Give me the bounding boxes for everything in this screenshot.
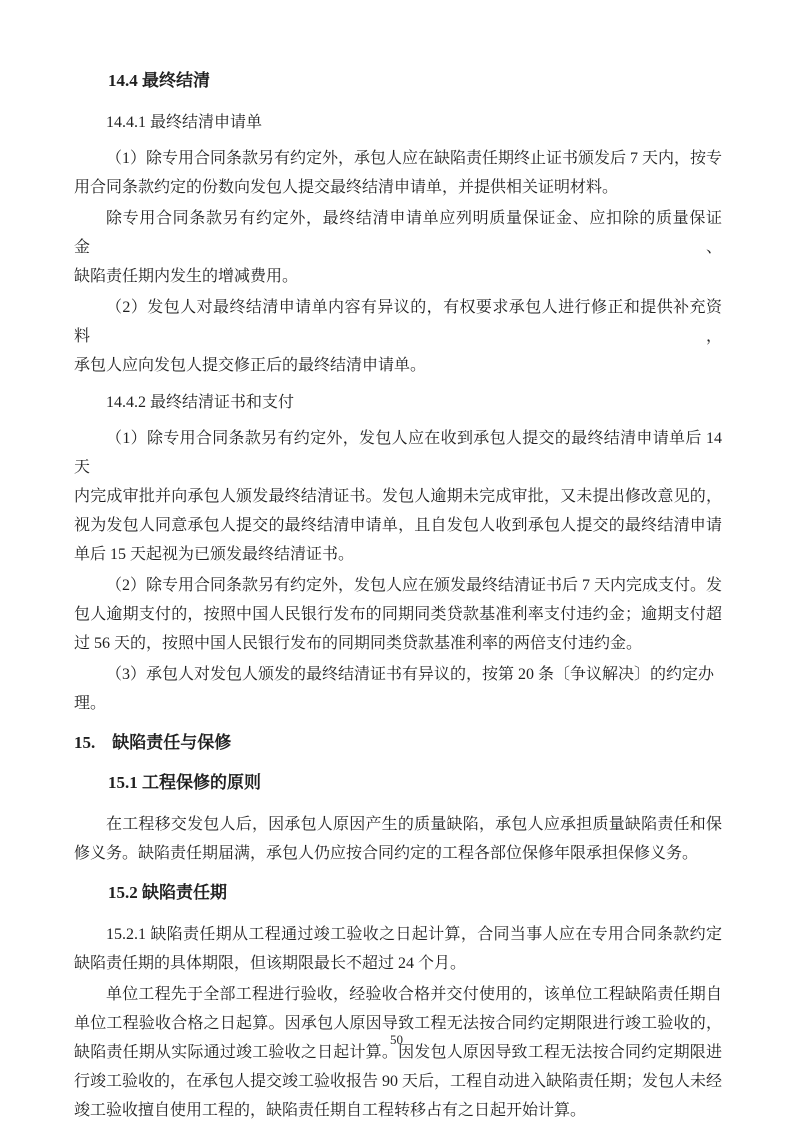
paragraph-line: 除专用合同条款另有约定外，最终结清申请单应列明质量保证金、应扣除的质量保证金、 [74,204,722,262]
paragraph-line: 包人逾期支付的，按照中国人民银行发布的同期同类贷款基准利率支付违约金；逾期支付超 [74,600,722,629]
paragraph-line: 15.2.1 缺陷责任期从工程通过竣工验收之日起计算，合同当事人应在专用合同条款… [74,920,722,949]
paragraph-line: 单位工程先于全部工程进行验收，经验收合格并交付使用的，该单位工程缺陷责任期自 [74,980,722,1009]
paragraph-line: 过 56 天的，按照中国人民银行发布的同期同类贷款基准利率的两倍支付违约金。 [74,629,722,658]
section-heading: 15.1 工程保修的原则 [74,768,722,798]
paragraph-line: 视为发包人同意承包人提交的最终结清申请单，且自发包人收到承包人提交的最终结清申请 [74,511,722,540]
paragraph-line: 在工程移交发包人后，因承包人原因产生的质量缺陷，承包人应承担质量缺陷责任和保 [74,810,722,839]
paragraph-line: （1）除专用合同条款另有约定外，承包人应在缺陷责任期终止证书颁发后 7 天内，按… [74,144,722,173]
paragraph: 除专用合同条款另有约定外，最终结清申请单应列明质量保证金、应扣除的质量保证金、缺… [74,204,722,291]
paragraph-line: 用合同条款约定的份数向发包人提交最终结清申请单，并提供相关证明材料。 [74,173,722,202]
paragraph: （1）除专用合同条款另有约定外，发包人应在收到承包人提交的最终结清申请单后 14… [74,424,722,569]
paragraph: 在工程移交发包人后，因承包人原因产生的质量缺陷，承包人应承担质量缺陷责任和保修义… [74,810,722,868]
paragraph-line: （1）除专用合同条款另有约定外，发包人应在收到承包人提交的最终结清申请单后 14… [74,424,722,482]
section-heading: 15.2 缺陷责任期 [74,878,722,908]
document-page: 14.4 最终结清14.4.1 最终结清申请单（1）除专用合同条款另有约定外，承… [0,0,793,1122]
paragraph-line: （2）除专用合同条款另有约定外，发包人应在颁发最终结清证书后 7 天内完成支付。… [74,571,722,600]
paragraph: （1）除专用合同条款另有约定外，承包人应在缺陷责任期终止证书颁发后 7 天内，按… [74,144,722,202]
clause-heading: 14.4.1 最终结清申请单 [74,108,722,138]
paragraph-line: 竣工验收擅自使用工程的，缺陷责任期自工程转移占有之日起开始计算。 [74,1096,722,1122]
paragraph: （3）承包人对发包人颁发的最终结清证书有异议的，按第 20 条〔争议解决〕的约定… [74,660,722,718]
chapter-heading: 15. 缺陷责任与保修 [74,728,722,758]
paragraph-line: 行竣工验收的，在承包人提交竣工验收报告 90 天后，工程自动进入缺陷责任期；发包… [74,1067,722,1096]
paragraph-line: 承包人应向发包人提交修正后的最终结清申请单。 [74,351,722,380]
paragraph-line: 修义务。缺陷责任期届满，承包人仍应按合同约定的工程各部位保修年限承担保修义务。 [74,839,722,868]
paragraph-line: （2）发包人对最终结清申请单内容有异议的，有权要求承包人进行修正和提供补充资料， [74,293,722,351]
paragraph: （2）除专用合同条款另有约定外，发包人应在颁发最终结清证书后 7 天内完成支付。… [74,571,722,658]
paragraph-line: 单后 15 天起视为已颁发最终结清证书。 [74,540,722,569]
clause-heading: 14.4.2 最终结清证书和支付 [74,388,722,418]
paragraph-line: 缺陷责任期的具体期限，但该期限最长不超过 24 个月。 [74,949,722,978]
paragraph: （2）发包人对最终结清申请单内容有异议的，有权要求承包人进行修正和提供补充资料，… [74,293,722,380]
paragraph-line: （3）承包人对发包人颁发的最终结清证书有异议的，按第 20 条〔争议解决〕的约定… [74,660,722,718]
paragraph-line: 内完成审批并向承包人颁发最终结清证书。发包人逾期未完成审批，又未提出修改意见的， [74,482,722,511]
document-content: 14.4 最终结清14.4.1 最终结清申请单（1）除专用合同条款另有约定外，承… [74,66,722,1122]
section-heading: 14.4 最终结清 [74,66,722,96]
paragraph: 单位工程先于全部工程进行验收，经验收合格并交付使用的，该单位工程缺陷责任期自单位… [74,980,722,1122]
paragraph-line: 缺陷责任期内发生的增减费用。 [74,262,722,291]
paragraph: 15.2.1 缺陷责任期从工程通过竣工验收之日起计算，合同当事人应在专用合同条款… [74,920,722,978]
page-number: 50 [0,1032,793,1048]
